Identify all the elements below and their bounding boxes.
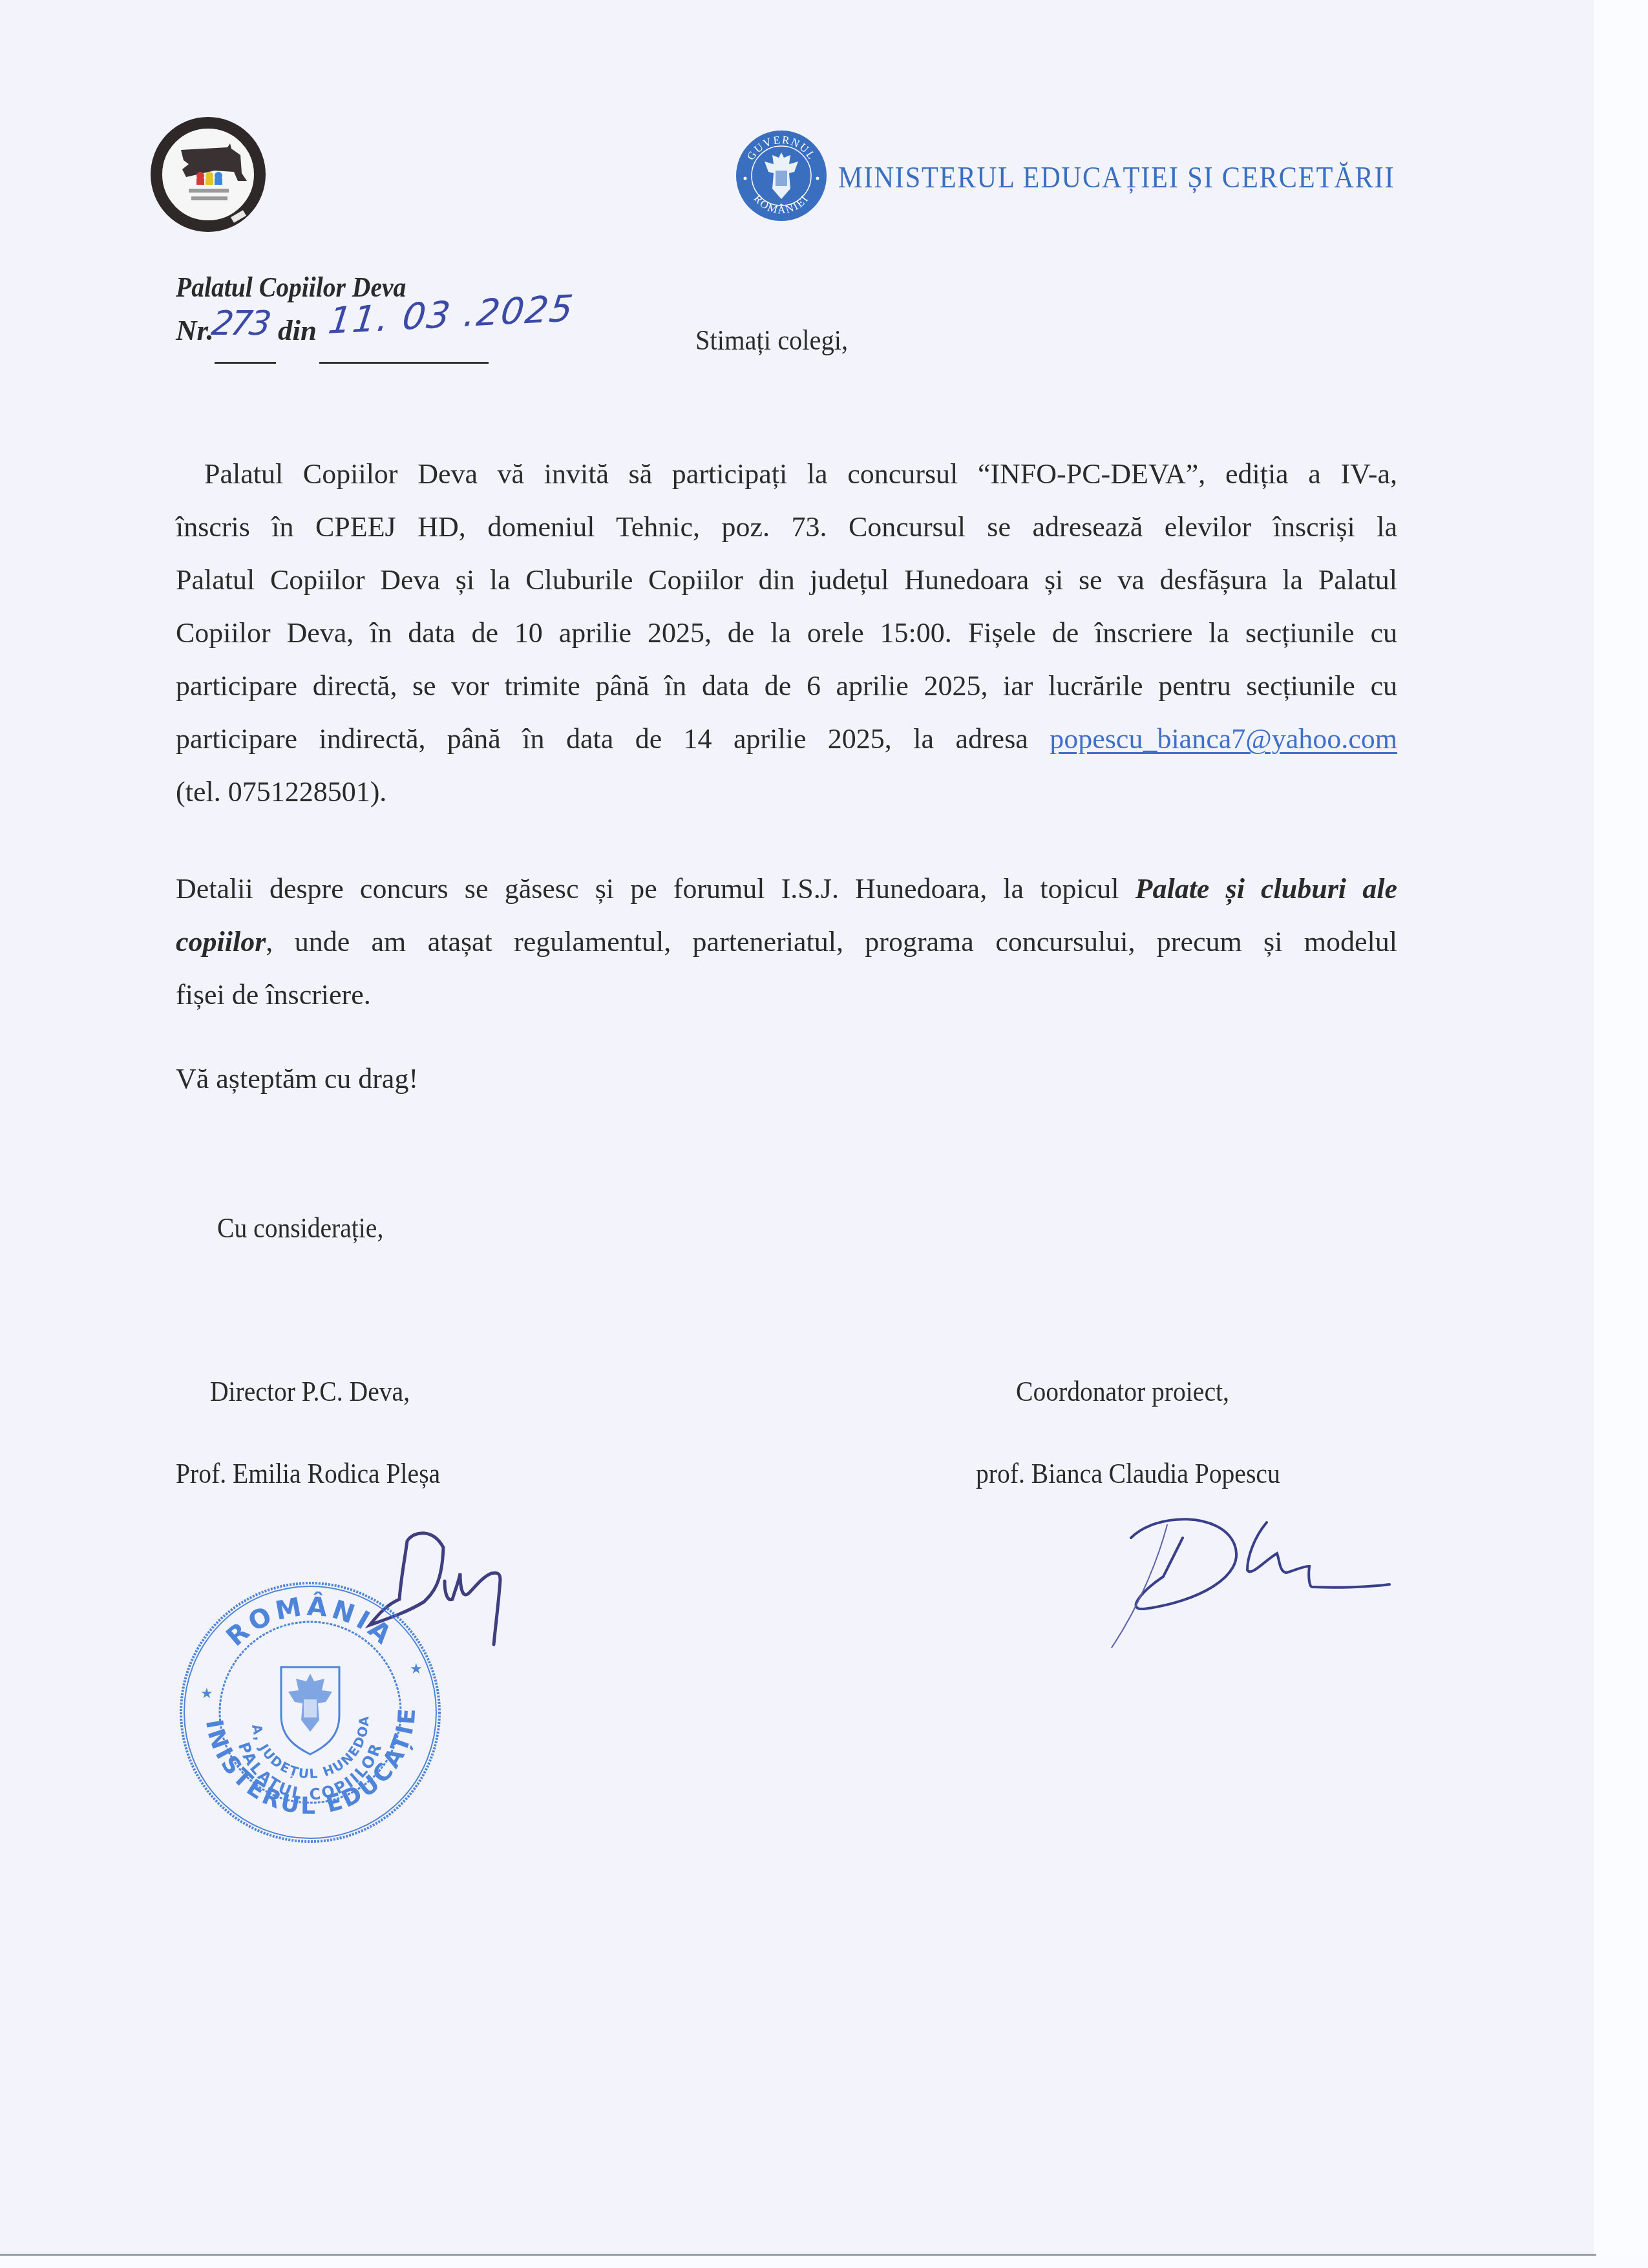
scan-edge-strip	[1594, 0, 1648, 2268]
registration-number-handwritten: 273	[209, 304, 271, 343]
scan-bottom-strip	[0, 2256, 1648, 2268]
paragraph-invitation: Palatul Copiilor Deva vă invită să parti…	[176, 448, 1397, 819]
din-label: din	[278, 313, 317, 347]
coordinator-title: Coordonator proiect,	[1016, 1375, 1229, 1408]
attachments-text: , unde am atașat regulamentul, parteneri…	[266, 926, 1397, 958]
nr-blank-underline	[215, 362, 276, 364]
body-line: participare directă, se vor trimite până…	[176, 660, 1397, 713]
body-line: Palatul Copiilor Deva și la Cluburile Co…	[176, 554, 1397, 607]
body-line: Detalii despre concurs se găsesc și pe f…	[176, 863, 1397, 916]
director-title: Director P.C. Deva,	[210, 1375, 410, 1408]
svg-text:★: ★	[410, 1661, 423, 1677]
paragraph-closing-wish: Vă așteptăm cu drag!	[176, 1053, 1397, 1106]
guvernul-romaniei-seal-icon: GUVERNUL ROMÂNIEI	[735, 129, 829, 223]
body-line: Copiilor Deva, în data de 10 aprilie 202…	[176, 607, 1397, 660]
ministry-title: MINISTERUL EDUCAȚIEI ȘI CERCETĂRII	[838, 160, 1395, 194]
svg-text:★: ★	[200, 1686, 213, 1702]
body-line: participare indirectă, până în data de 1…	[176, 713, 1397, 766]
greeting: Stimați colegi,	[695, 323, 848, 357]
official-stamp: ROMÂNIA MINISTERUL EDUCAȚIEI PALATUL COP…	[174, 1577, 446, 1848]
body-line: Palatul Copiilor Deva vă invită să parti…	[176, 448, 1397, 501]
body-line: fișei de înscriere.	[176, 969, 1397, 1022]
forum-topic-name-end: copiilor	[176, 926, 266, 958]
coordinator-signature	[1053, 1499, 1415, 1648]
phone-line: (tel. 0751228501).	[176, 766, 1397, 819]
coordinator-name: prof. Bianca Claudia Popescu	[976, 1457, 1280, 1490]
paragraph-details: Detalii despre concurs se găsesc și pe f…	[176, 863, 1397, 1022]
body-line: Vă așteptăm cu drag!	[176, 1053, 1397, 1106]
details-text: Detalii despre concurs se găsesc și pe f…	[176, 873, 1136, 905]
palatul-copiilor-logo-icon	[150, 116, 266, 233]
body-line: copiilor, unde am atașat regulamentul, p…	[176, 916, 1397, 969]
body-line: înscris în CPEEJ HD, domeniul Tehnic, po…	[176, 501, 1397, 554]
closing-salutation: Cu considerație,	[217, 1212, 383, 1244]
date-blank-underline	[319, 362, 489, 364]
email-link[interactable]: popescu_bianca7@yahoo.com	[1050, 723, 1397, 755]
deadline-text: participare indirectă, până în data de 1…	[176, 723, 1050, 755]
director-name: Prof. Emilia Rodica Pleșa	[176, 1457, 440, 1490]
forum-topic-name: Palate și cluburi ale	[1136, 873, 1397, 905]
nr-label: Nr.	[176, 313, 214, 347]
